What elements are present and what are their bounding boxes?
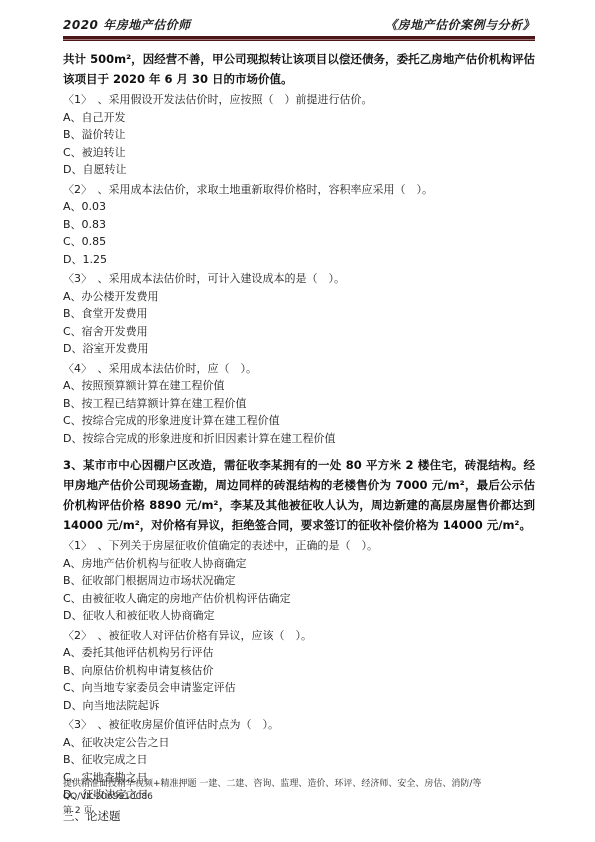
header-course-title: 2020 年房地产估价师 xyxy=(63,16,191,33)
question-stem: 〈2〉 、采用成本法估价，求取土地重新取得价格时，容积率应采用（ ）。 xyxy=(63,181,535,199)
question-group: 〈2〉 、采用成本法估价，求取土地重新取得价格时，容积率应采用（ ）。 A、0.… xyxy=(63,181,535,269)
page-footer: 提供精准面授精华视频+精准押题 一建、二建、咨询、监理、造价、环评、经济师、安全… xyxy=(63,778,540,818)
option-line: A、自己开发 xyxy=(63,109,535,127)
page-header: 2020 年房地产估价师 《房地产估价案例与分析》 xyxy=(63,16,535,33)
question-stem: 〈4〉 、采用成本法估价时，应（ ）。 xyxy=(63,360,535,378)
option-line: C、由被征收人确定的房地产估价机构评估确定 xyxy=(63,590,535,608)
question-group: 〈4〉 、采用成本法估价时，应（ ）。 A、按照预算额计算在建工程价值 B、按工… xyxy=(63,360,535,448)
document-page: 2020 年房地产估价师 《房地产估价案例与分析》 共计 500m²，因经营不善… xyxy=(0,0,595,842)
option-line: D、征收人和被征收人协商确定 xyxy=(63,607,535,625)
header-rule xyxy=(63,36,535,41)
footer-promo-text: 提供精准面授精华视频+精准押题 一建、二建、咨询、监理、造价、环评、经济师、安全… xyxy=(63,778,540,804)
option-line: B、按工程已结算额计算在建工程价值 xyxy=(63,395,535,413)
option-line: A、房地产估价机构与征收人协商确定 xyxy=(63,555,535,573)
option-line: A、征收决定公告之日 xyxy=(63,734,535,752)
option-line: B、溢价转让 xyxy=(63,126,535,144)
option-line: C、向当地专家委员会申请鉴定评估 xyxy=(63,679,535,697)
page-number: 第 2 页 xyxy=(63,805,540,818)
question2-intro-paragraph: 共计 500m²，因经营不善，甲公司现拟转让该项目以偿还债务，委托乙房地产估价机… xyxy=(63,49,535,89)
question-stem: 〈1〉 、采用假设开发法估价时，应按照（ ）前提进行估价。 xyxy=(63,91,535,109)
question-stem: 〈2〉 、被征收人对评估价格有异议，应该（ ）。 xyxy=(63,627,535,645)
option-line: D、自愿转让 xyxy=(63,161,535,179)
option-line: C、被迫转让 xyxy=(63,144,535,162)
option-line: D、浴室开发费用 xyxy=(63,340,535,358)
option-line: C、宿舍开发费用 xyxy=(63,323,535,341)
option-line: D、按综合完成的形象进度和折旧因素计算在建工程价值 xyxy=(63,430,535,448)
option-line: A、委托其他评估机构另行评估 xyxy=(63,644,535,662)
question3-intro-paragraph: 3、某市市中心因棚户区改造，需征收李某拥有的一处 80 平方米 2 楼住宅，砖混… xyxy=(63,455,535,535)
question-stem: 〈1〉 、下列关于房屋征收价值确定的表述中，正确的是（ ）。 xyxy=(63,537,535,555)
header-subject-title: 《房地产估价案例与分析》 xyxy=(385,16,535,33)
option-line: B、向原估价机构申请复核估价 xyxy=(63,662,535,680)
question-group: 〈1〉 、采用假设开发法估价时，应按照（ ）前提进行估价。 A、自己开发 B、溢… xyxy=(63,91,535,179)
option-line: A、0.03 xyxy=(63,198,535,216)
option-line: B、食堂开发费用 xyxy=(63,305,535,323)
option-line: A、按照预算额计算在建工程价值 xyxy=(63,377,535,395)
option-line: C、按综合完成的形象进度计算在建工程价值 xyxy=(63,412,535,430)
option-line: D、向当地法院起诉 xyxy=(63,697,535,715)
question-stem: 〈3〉 、被征收房屋价值评估时点为（ ）。 xyxy=(63,716,535,734)
question-stem: 〈3〉 、采用成本法估价时，可计入建设成本的是（ ）。 xyxy=(63,270,535,288)
option-line: B、0.83 xyxy=(63,216,535,234)
option-line: A、办公楼开发费用 xyxy=(63,288,535,306)
option-line: B、征收部门根据周边市场状况确定 xyxy=(63,572,535,590)
option-line: C、0.85 xyxy=(63,233,535,251)
question-group: 〈3〉 、采用成本法估价时，可计入建设成本的是（ ）。 A、办公楼开发费用 B、… xyxy=(63,270,535,358)
question-group: 〈1〉 、下列关于房屋征收价值确定的表述中，正确的是（ ）。 A、房地产估价机构… xyxy=(63,537,535,625)
option-line: B、征收完成之日 xyxy=(63,751,535,769)
option-line: D、1.25 xyxy=(63,251,535,269)
question-group: 〈2〉 、被征收人对评估价格有异议，应该（ ）。 A、委托其他评估机构另行评估 … xyxy=(63,627,535,715)
